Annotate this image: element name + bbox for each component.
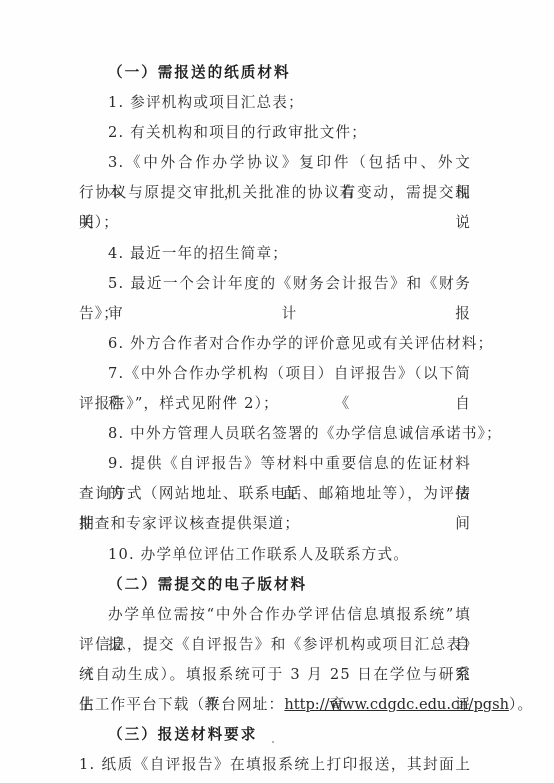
list-item-3-line-2: 行协议与原提交审批机关批准的协议有变动，需提交相关说 — [79, 178, 471, 208]
section-heading-paper-materials: （一）需报送的纸质材料 — [79, 58, 471, 88]
platform-text-suffix: ）。 — [509, 696, 533, 713]
section2-paragraph-line-4: 估工作平台下载（平台网址：http://www.cdgdc.edu.cn/pgs… — [79, 690, 471, 720]
list-item-9-line-1: 9. 提供《自评报告》等材料中重要信息的佐证材料的直接 — [79, 449, 471, 479]
list-item-6: 6. 外方合作者对合作办学的评价意见或有关评估材料； — [79, 329, 471, 359]
list-item-2: 2. 有关机构和项目的行政审批文件； — [79, 118, 471, 148]
section2-paragraph-line-3: 统自动生成）。填报系统可于 3 月 25 日在学位与研究生教育评 — [79, 660, 471, 690]
list-item-8: 8. 中外方管理人员联名签署的《办学信息诚信承诺书》； — [79, 419, 471, 449]
document-body: （一）需报送的纸质材料 1. 参评机构或项目汇总表； 2. 有关机构和项目的行政… — [79, 58, 471, 780]
list-item-1: 1. 参评机构或项目汇总表； — [79, 88, 471, 118]
scan-speck — [272, 741, 274, 743]
list-item-10: 10. 办学单位评估工作联系人及联系方式。 — [79, 540, 471, 570]
section-heading-submission-requirements: （三）报送材料要求 — [79, 720, 471, 750]
section-heading-electronic-materials: （二）需提交的电子版材料 — [79, 570, 471, 600]
platform-text-prefix: 估工作平台下载（平台网址： — [79, 696, 284, 713]
document-page: （一）需报送的纸质材料 1. 参评机构或项目汇总表； 2. 有关机构和项目的行政… — [0, 0, 554, 783]
section3-item-1: 1. 纸质《自评报告》在填报系统上打印报送，其封面上 — [79, 750, 471, 780]
list-item-4: 4. 最近一年的招生简章； — [79, 239, 471, 269]
platform-url-link[interactable]: http://www.cdgdc.edu.cn/pgsh — [284, 696, 509, 713]
section2-paragraph-line-1: 办学单位需按“中外合作办学评估信息填报系统”填报自 — [79, 600, 471, 630]
section2-paragraph-line-2: 评信息，提交《自评报告》和《参评机构或项目汇总表》（系 — [79, 630, 471, 660]
list-item-7-line-1: 7.《中外合作办学机构（项目）自评报告》（以下简称“《自 — [79, 359, 471, 389]
list-item-9-line-2: 查询方式（网站地址、联系电话、邮箱地址等），为评估期间 — [79, 479, 471, 509]
list-item-3-line-1: 3.《中外合作办学协议》复印件（包括中、外文本，若现 — [79, 148, 471, 178]
list-item-5-line-1: 5. 最近一个会计年度的《财务会计报告》和《财务审计报 — [79, 269, 471, 299]
